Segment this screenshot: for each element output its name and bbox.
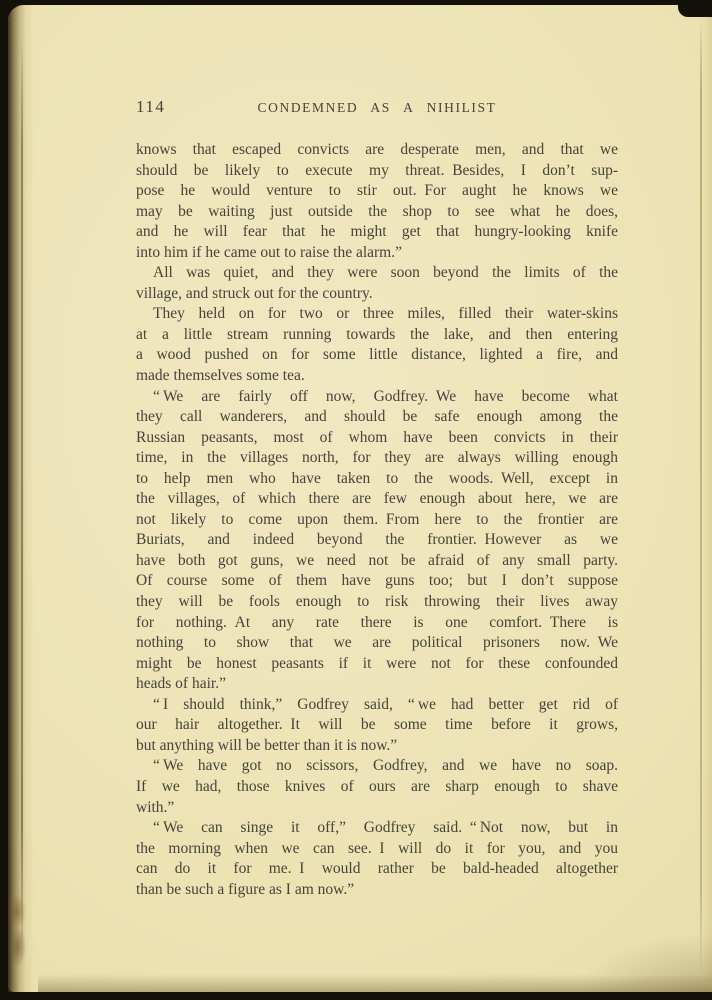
- text-line: nothing to show that we are political pr…: [136, 633, 618, 654]
- text-line: “ I should think,” Godfrey said, “ we ha…: [136, 695, 618, 716]
- text-line: They held on for two or three miles, fil…: [136, 304, 618, 325]
- text-line: All was quiet, and they were soon beyond…: [136, 263, 618, 284]
- text-line: they will be fools enough to risk throwi…: [136, 592, 618, 613]
- page-body: knows that escaped convicts are desperat…: [136, 140, 618, 900]
- text-line: to help men who have taken to the woods.…: [136, 469, 618, 490]
- text-line: “ We are fairly off now, Godfrey. We hav…: [136, 387, 618, 408]
- text-line: not likely to come upon them. From here …: [136, 510, 618, 531]
- text-line: knows that escaped convicts are desperat…: [136, 140, 618, 161]
- text-line: village, and struck out for the country.: [136, 284, 618, 305]
- text-line: can do it for me. I would rather be bald…: [136, 859, 618, 880]
- text-line: heads of hair.”: [136, 674, 618, 695]
- text-line: should be likely to execute my threat. B…: [136, 161, 618, 182]
- text-line: but anything will be better than it is n…: [136, 736, 618, 757]
- page-content: 114 CONDEMNED AS A NIHILIST knows that e…: [136, 97, 618, 900]
- text-line: might be honest peasants if it were not …: [136, 654, 618, 675]
- paragraph: “ We have got no scissors, Godfrey, and …: [136, 756, 618, 818]
- paragraph: All was quiet, and they were soon beyond…: [136, 263, 618, 304]
- page-number: 114: [136, 97, 165, 117]
- paragraph: “ We are fairly off now, Godfrey. We hav…: [136, 387, 618, 695]
- text-line: pose he would venture to stir out. For a…: [136, 181, 618, 202]
- text-line: our hair altogether. It will be some tim…: [136, 715, 618, 736]
- text-line: and he will fear that he might get that …: [136, 222, 618, 243]
- paragraph: They held on for two or three miles, fil…: [136, 304, 618, 386]
- text-line: “ We have got no scissors, Godfrey, and …: [136, 756, 618, 777]
- page-header: 114 CONDEMNED AS A NIHILIST: [136, 97, 618, 117]
- text-line: into him if he came out to raise the ala…: [136, 243, 618, 264]
- text-line: the villages, of which there are few eno…: [136, 489, 618, 510]
- text-line: made themselves some tea.: [136, 366, 618, 387]
- paragraph: knows that escaped convicts are desperat…: [136, 140, 618, 263]
- paragraph: “ We can singe it off,” Godfrey said. “ …: [136, 818, 618, 900]
- text-line: have both got guns, we need not be afrai…: [136, 551, 618, 572]
- binding-crease-line: [21, 35, 23, 967]
- text-line: than be such a figure as I am now.”: [136, 880, 618, 901]
- text-line: they call wanderers, and should be safe …: [136, 407, 618, 428]
- text-line: for nothing. At any rate there is one co…: [136, 613, 618, 634]
- text-line: Russian peasants, most of whom have been…: [136, 428, 618, 449]
- text-line: If we had, those knives of ours are shar…: [136, 777, 618, 798]
- book-page: 114 CONDEMNED AS A NIHILIST knows that e…: [8, 5, 712, 992]
- text-line: with.”: [136, 798, 618, 819]
- text-line: “ We can singe it off,” Godfrey said. “ …: [136, 818, 618, 839]
- top-right-corner-shadow: [678, 5, 712, 17]
- paragraph: “ I should think,” Godfrey said, “ we ha…: [136, 695, 618, 757]
- text-line: the morning when we can see. I will do i…: [136, 839, 618, 860]
- text-line: time, in the villages north, for they ar…: [136, 448, 618, 469]
- text-line: a wood pushed on for some little distanc…: [136, 345, 618, 366]
- text-line: Buriats, and indeed beyond the frontier.…: [136, 530, 618, 551]
- text-line: may be waiting just outside the shop to …: [136, 202, 618, 223]
- running-title: CONDEMNED AS A NIHILIST: [258, 100, 497, 116]
- scan-smudge: [9, 892, 29, 970]
- book-scan: 114 CONDEMNED AS A NIHILIST knows that e…: [0, 0, 712, 1000]
- text-line: Of course some of them have guns too; bu…: [136, 571, 618, 592]
- text-line: at a little stream running towards the l…: [136, 325, 618, 346]
- page-stack-edge-strip: [702, 11, 712, 982]
- bottom-right-shadow: [552, 922, 712, 992]
